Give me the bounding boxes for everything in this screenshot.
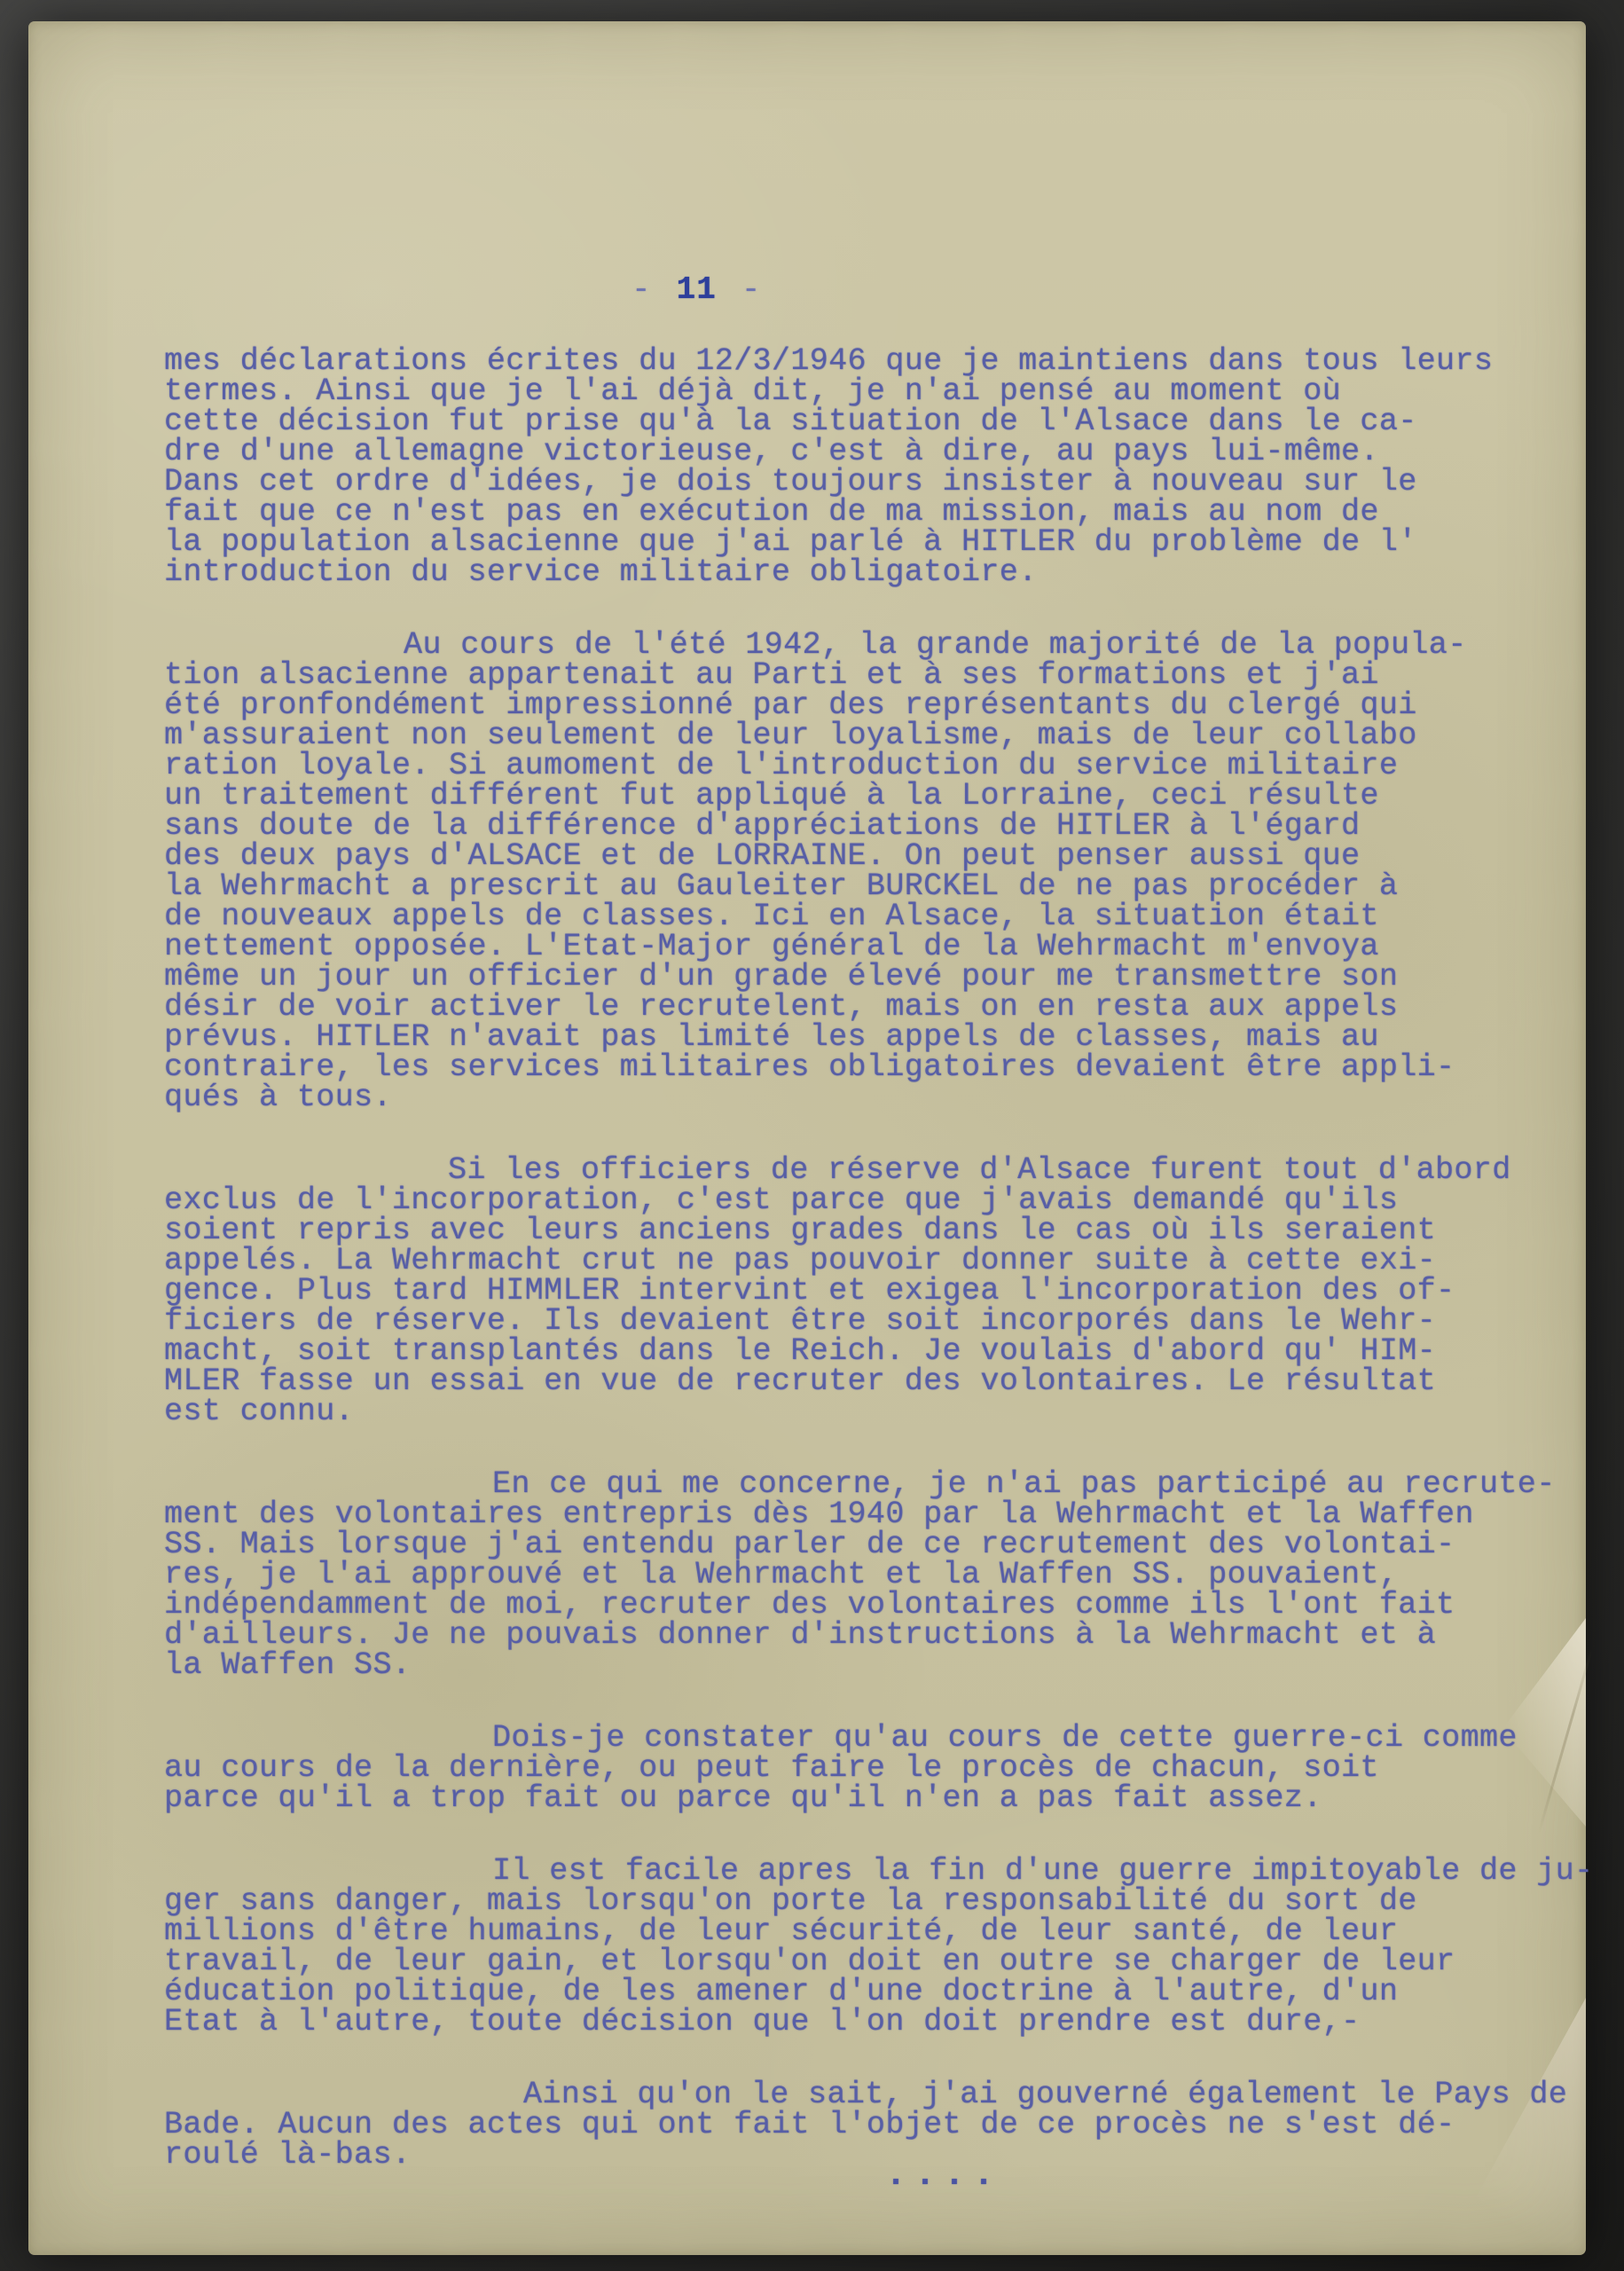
- document-text: mes déclarations écrites du 12/3/1946 qu…: [164, 346, 1525, 2212]
- page-number-dash-left: -: [632, 271, 652, 308]
- text-line: indépendamment de moi, recruter des volo…: [164, 1590, 1525, 1620]
- text-line: la Wehrmacht a prescrit au Gauleiter BUR…: [164, 871, 1525, 901]
- text-line: éducation politique, de les amener d'une…: [164, 1976, 1525, 2007]
- text-line: travail, de leur gain, et lorsqu'on doit…: [164, 1946, 1525, 1976]
- text-line: un traitement différent fut appliqué à l…: [164, 781, 1525, 811]
- text-line: la population alsacienne que j'ai parlé …: [164, 527, 1525, 557]
- text-line: ment des volontaires entrepris dès 1940 …: [164, 1499, 1525, 1529]
- text-line: gence. Plus tard HIMMLER intervint et ex…: [164, 1276, 1525, 1306]
- text-line: introduction du service militaire obliga…: [164, 557, 1525, 587]
- text-line: roulé là-bas.: [164, 2140, 1525, 2170]
- text-line: Etat à l'autre, toute décision que l'on …: [164, 2007, 1525, 2037]
- text-line: MLER fasse un essai en vue de recruter d…: [164, 1366, 1525, 1396]
- page-number-value: 11: [677, 271, 717, 308]
- paragraph: mes déclarations écrites du 12/3/1946 qu…: [164, 346, 1525, 587]
- paragraph: Dois-je constater qu'au cours de cette g…: [164, 1723, 1525, 1813]
- text-line: Dans cet ordre d'idées, je dois toujours…: [164, 467, 1525, 497]
- text-line: soient repris avec leurs anciens grades …: [164, 1215, 1525, 1246]
- text-line: nettement opposée. L'Etat-Major général …: [164, 931, 1525, 962]
- text-line: mes déclarations écrites du 12/3/1946 qu…: [164, 346, 1525, 376]
- text-line: termes. Ainsi que je l'ai déjà dit, je n…: [164, 376, 1525, 406]
- paragraph: Ainsi qu'on le sait, j'ai gouverné égale…: [164, 2079, 1525, 2170]
- text-line: res, je l'ai approuvé et la Wehrmacht et…: [164, 1560, 1525, 1590]
- continuation-dots: ....: [885, 2156, 1002, 2196]
- text-line: même un jour un officier d'un grade élev…: [164, 962, 1525, 992]
- text-line: parce qu'il a trop fait ou parce qu'il n…: [164, 1783, 1525, 1813]
- paragraph: Si les officiers de réserve d'Alsace fur…: [164, 1155, 1525, 1426]
- text-line: tion alsacienne appartenait au Parti et …: [164, 660, 1525, 690]
- text-line: exclus de l'incorporation, c'est parce q…: [164, 1185, 1525, 1215]
- text-line: Si les officiers de réserve d'Alsace fur…: [164, 1155, 1525, 1185]
- text-line: ficiers de réserve. Ils devaient être so…: [164, 1306, 1525, 1336]
- paragraph: Au cours de l'été 1942, la grande majori…: [164, 630, 1525, 1112]
- text-line: été pronfondément impressionné par des r…: [164, 690, 1525, 720]
- text-line: Il est facile apres la fin d'une guerre …: [164, 1856, 1525, 1886]
- text-line: la Waffen SS.: [164, 1650, 1525, 1680]
- text-line: Ainsi qu'on le sait, j'ai gouverné égale…: [164, 2079, 1525, 2110]
- text-line: contraire, les services militaires oblig…: [164, 1052, 1525, 1082]
- text-line: macht, soit transplantés dans le Reich. …: [164, 1336, 1525, 1366]
- page-number: -11-: [632, 271, 761, 308]
- text-line: ration loyale. Si aumoment de l'introduc…: [164, 750, 1525, 781]
- text-line: est connu.: [164, 1396, 1525, 1426]
- text-line: fait que ce n'est pas en exécution de ma…: [164, 497, 1525, 527]
- text-line: En ce qui me concerne, je n'ai pas parti…: [164, 1469, 1525, 1499]
- text-line: Dois-je constater qu'au cours de cette g…: [164, 1723, 1525, 1753]
- text-line: au cours de la dernière, ou peut faire l…: [164, 1753, 1525, 1783]
- text-line: des deux pays d'ALSACE et de LORRAINE. O…: [164, 841, 1525, 871]
- text-line: d'ailleurs. Je ne pouvais donner d'instr…: [164, 1620, 1525, 1650]
- text-line: dre d'une allemagne victorieuse, c'est à…: [164, 436, 1525, 467]
- text-line: désir de voir activer le recrutelent, ma…: [164, 992, 1525, 1022]
- text-line: appelés. La Wehrmacht crut ne pas pouvoi…: [164, 1246, 1525, 1276]
- text-line: Au cours de l'été 1942, la grande majori…: [164, 630, 1525, 660]
- text-line: m'assuraient non seulement de leur loyal…: [164, 720, 1525, 750]
- paragraph: Il est facile apres la fin d'une guerre …: [164, 1856, 1525, 2037]
- text-line: de nouveaux appels de classes. Ici en Al…: [164, 901, 1525, 931]
- page-number-dash-right: -: [741, 271, 762, 308]
- text-line: millions d'être humains, de leur sécurit…: [164, 1916, 1525, 1946]
- text-line: prévus. HITLER n'avait pas limité les ap…: [164, 1022, 1525, 1052]
- text-line: SS. Mais lorsque j'ai entendu parler de …: [164, 1529, 1525, 1560]
- text-line: sans doute de la différence d'appréciati…: [164, 811, 1525, 841]
- paragraph: En ce qui me concerne, je n'ai pas parti…: [164, 1469, 1525, 1680]
- text-line: qués à tous.: [164, 1082, 1525, 1112]
- text-line: ger sans danger, mais lorsqu'on porte la…: [164, 1886, 1525, 1916]
- text-line: Bade. Aucun des actes qui ont fait l'obj…: [164, 2110, 1525, 2140]
- text-line: cette décision fut prise qu'à la situati…: [164, 406, 1525, 436]
